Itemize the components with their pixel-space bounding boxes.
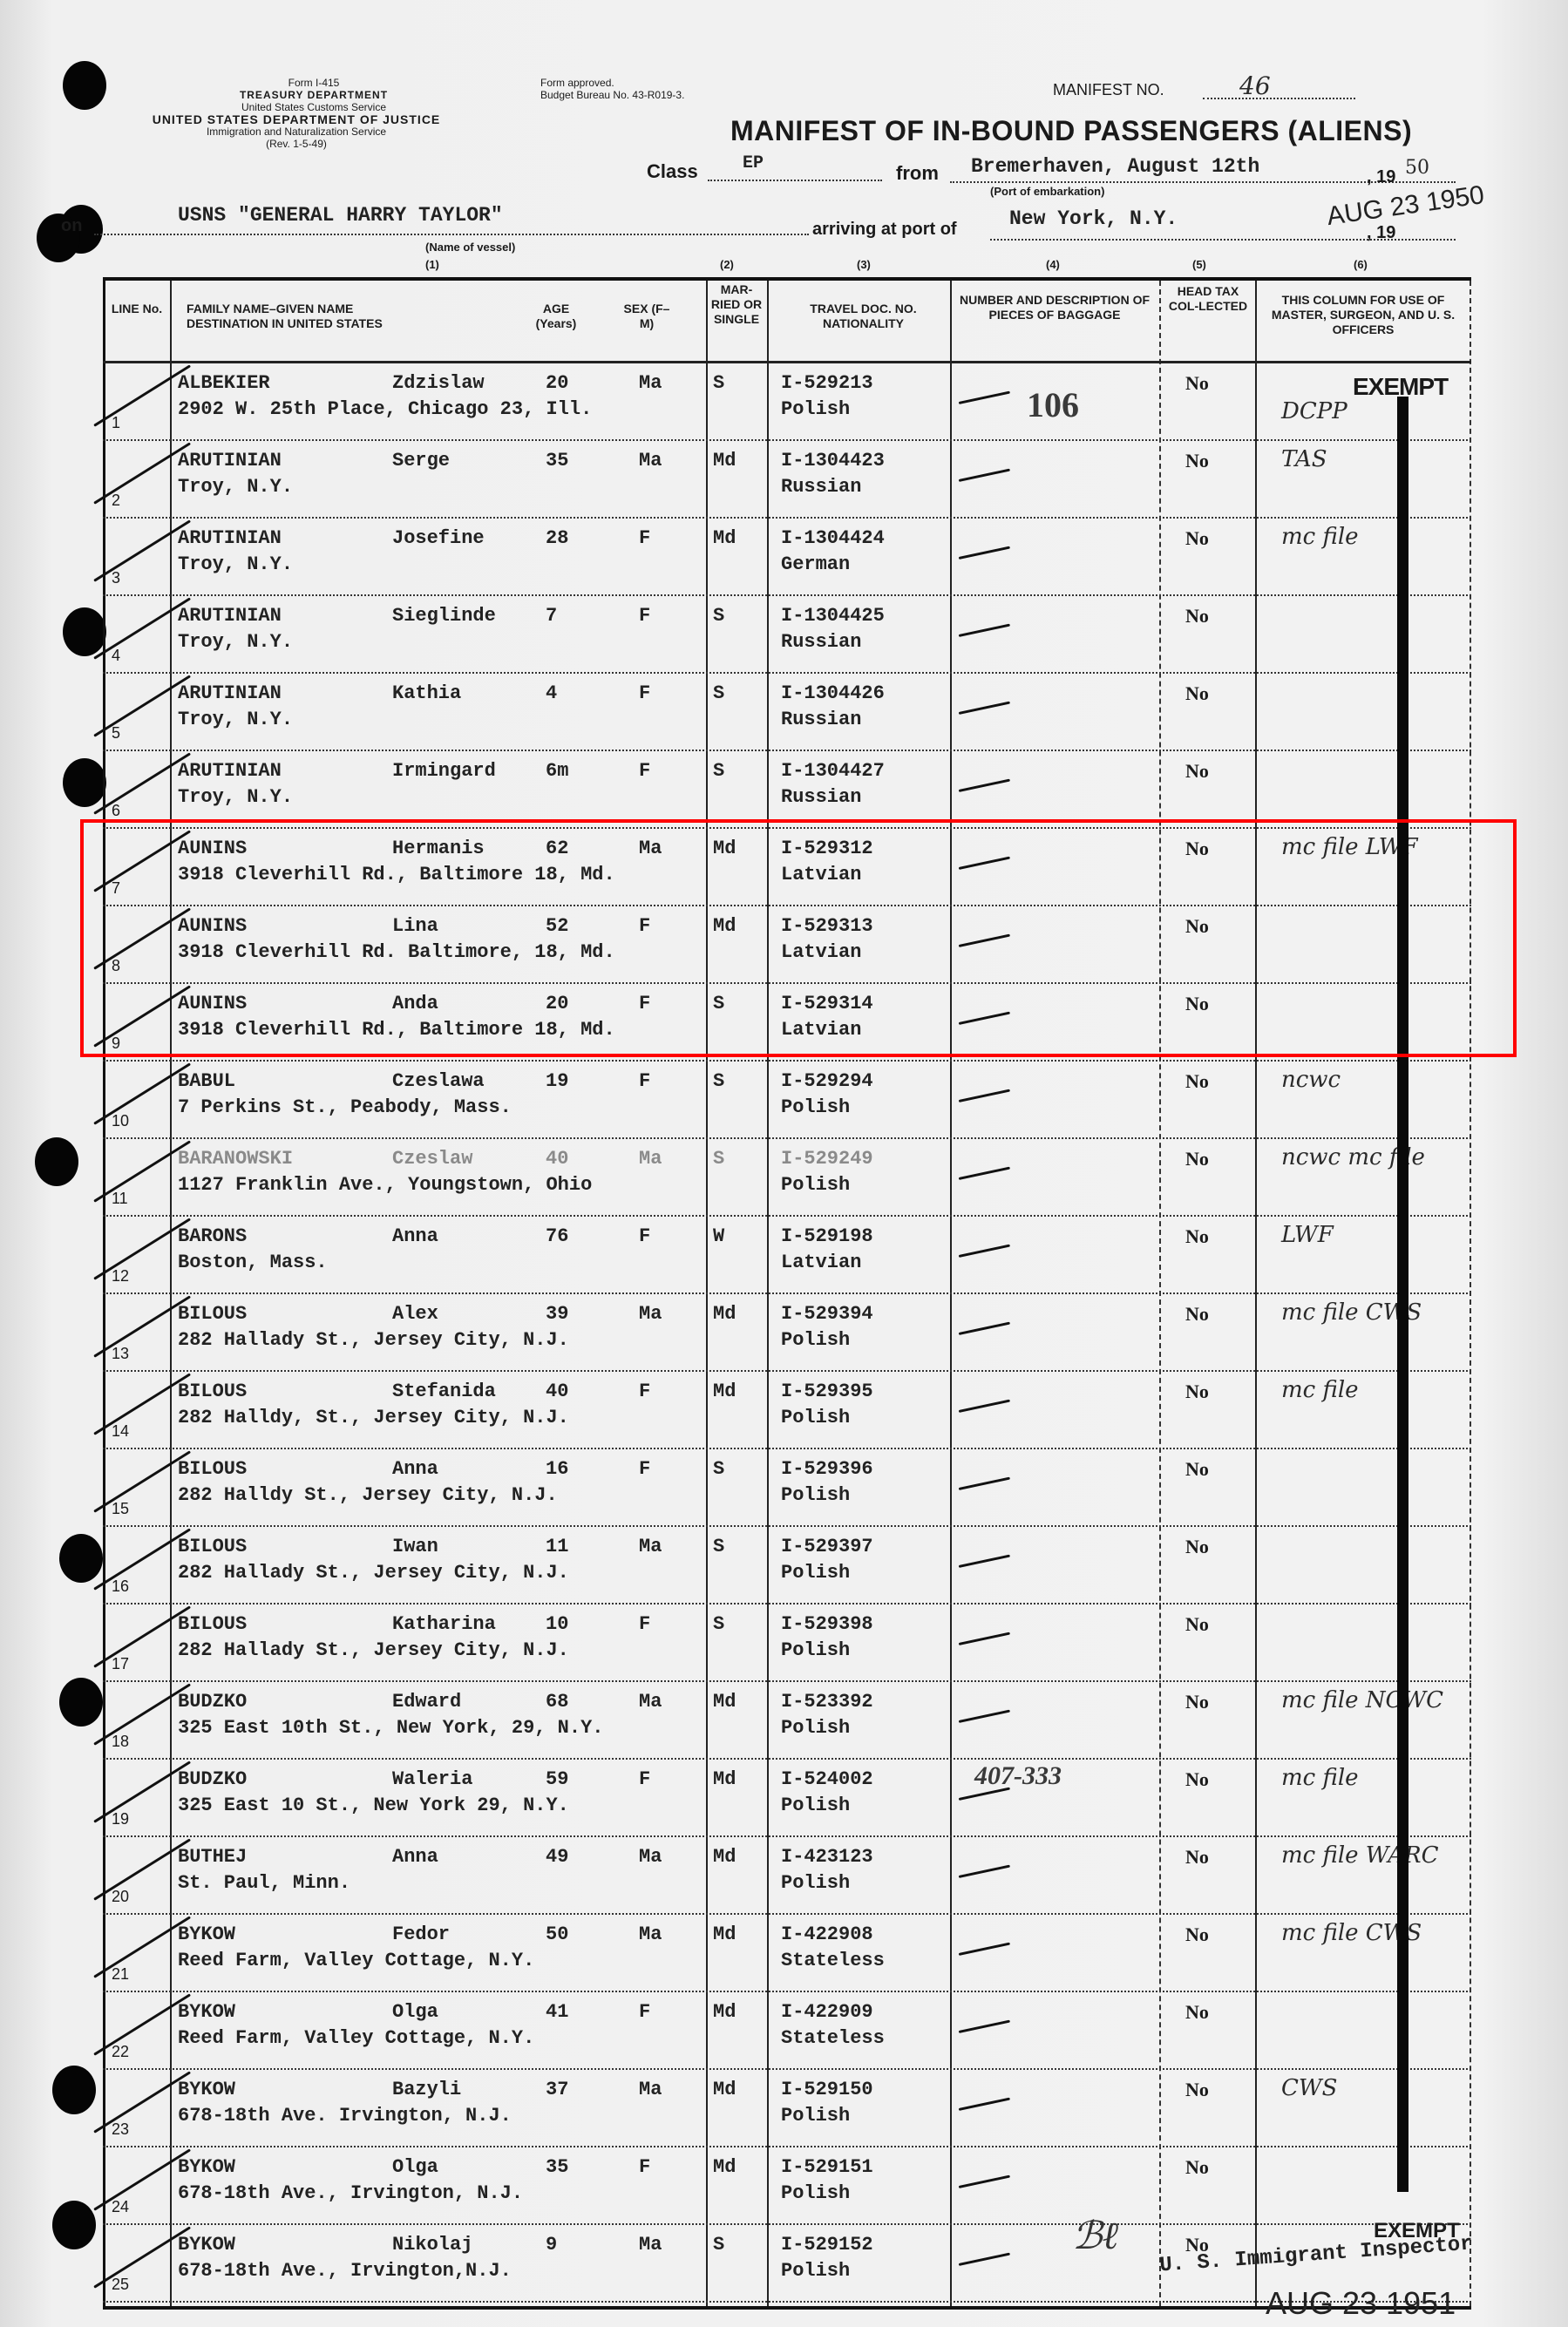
head-tax: No	[1185, 2079, 1209, 2101]
age: 76	[546, 1225, 568, 1247]
destination: 282 Hallady St., Jersey City, N.J.	[178, 1329, 569, 1351]
nationality: Stateless	[781, 1950, 885, 1971]
table-row: 23BYKOWBazyli37Ma678-18th Ave. Irvington…	[103, 2070, 1471, 2147]
baggage-tick	[959, 391, 1010, 404]
baggage-tick	[959, 1400, 1010, 1413]
nationality: Polish	[781, 2260, 850, 2282]
destination: 282 Hallady St., Jersey City, N.J.	[178, 1562, 569, 1584]
age: 41	[546, 2001, 568, 2023]
travel-doc-number: I-529394	[781, 1303, 873, 1325]
passenger-table: LINE No. FAMILY NAME–GIVEN NAME DESTINAT…	[103, 277, 1471, 2310]
given-name: Zdzislaw	[392, 372, 485, 394]
year-prefix: , 19	[1367, 167, 1395, 187]
head-tax: No	[1185, 1225, 1209, 1248]
check-mark	[93, 675, 191, 736]
line-number: 10	[112, 1112, 129, 1130]
baggage-tick	[959, 1943, 1010, 1956]
baggage-tick	[959, 1167, 1010, 1180]
destination: Troy, N.Y.	[178, 476, 293, 498]
given-name: Alex	[392, 1303, 438, 1325]
officer-notes: mc file	[1281, 524, 1359, 550]
destination: 2902 W. 25th Place, Chicago 23, Ill.	[178, 398, 592, 420]
family-name: ARUTINIAN	[178, 605, 282, 627]
col-num-3: (3)	[857, 258, 871, 271]
line-number: 16	[112, 1577, 129, 1596]
travel-doc-number: I-529152	[781, 2234, 873, 2256]
baggage-tick	[959, 2098, 1010, 2111]
destination: Troy, N.Y.	[178, 709, 293, 730]
age: 7	[546, 605, 557, 627]
given-name: Iwan	[392, 1536, 438, 1557]
check-mark	[93, 1838, 191, 1900]
check-mark	[93, 752, 191, 814]
travel-doc-number: I-422908	[781, 1923, 873, 1945]
officer-notes: mc file WARC	[1281, 1842, 1438, 1869]
marital-status: S	[713, 1536, 724, 1557]
ink-bar	[1397, 397, 1408, 2192]
line-number: 21	[112, 1965, 129, 1984]
given-name: Irmingard	[392, 760, 496, 782]
line-number: 12	[112, 1267, 129, 1286]
nationality: Polish	[781, 1484, 850, 1506]
check-mark	[93, 1993, 191, 2055]
given-name: Anna	[392, 1846, 438, 1868]
table-row: 5ARUTINIANKathia4FTroy, N.Y.SI-1304426Ru…	[103, 674, 1471, 751]
age: 20	[546, 372, 568, 394]
head-tax: No	[1185, 1148, 1209, 1170]
line-number: 25	[112, 2276, 129, 2294]
line-number: 2	[112, 492, 120, 510]
officer-notes: mc file	[1281, 1765, 1359, 1791]
nationality: Polish	[781, 398, 850, 420]
given-name: Olga	[392, 2001, 438, 2023]
marital-status: Md	[713, 450, 736, 472]
sex: Ma	[639, 1691, 662, 1713]
binder-hole	[59, 1534, 103, 1583]
given-name: Czeslaw	[392, 1148, 472, 1170]
baggage-tick	[959, 2175, 1010, 2188]
line-number: 14	[112, 1422, 129, 1441]
head-tax: No	[1185, 760, 1209, 783]
head-tax: No	[1185, 1381, 1209, 1403]
binder-hole	[52, 2201, 96, 2249]
vessel-caption: (Name of vessel)	[425, 241, 515, 254]
check-mark	[93, 1218, 191, 1279]
manifest-page: Form I-415 TREASURY DEPARTMENT United St…	[0, 0, 1568, 2327]
sex: F	[639, 1613, 650, 1635]
header-travel-doc: TRAVEL DOC. NO. NATIONALITY	[783, 302, 944, 331]
nationality: Polish	[781, 2105, 850, 2127]
destination: 1127 Franklin Ave., Youngstown, Ohio	[178, 1174, 592, 1196]
travel-doc-number: I-529395	[781, 1381, 873, 1402]
sex: F	[639, 682, 650, 704]
sex: F	[639, 1768, 650, 1790]
head-tax: No	[1185, 682, 1209, 705]
check-mark	[93, 519, 191, 581]
family-name: BARANOWSKI	[178, 1148, 293, 1170]
line-number: 23	[112, 2120, 129, 2139]
baggage-tick	[959, 1322, 1010, 1335]
vessel-name: USNS "GENERAL HARRY TAYLOR"	[178, 204, 503, 227]
treasury-dept: TREASURY DEPARTMENT	[122, 89, 506, 101]
baggage-tick	[959, 2253, 1010, 2266]
form-approved: Form approved.	[540, 77, 684, 89]
class-label: Class	[647, 160, 698, 183]
check-mark	[93, 597, 191, 659]
header-head-tax: HEAD TAX COL-LECTED	[1163, 284, 1253, 314]
destination: 282 Hallady St., Jersey City, N.J.	[178, 1639, 569, 1661]
age: 10	[546, 1613, 568, 1635]
officer-notes: mc file	[1281, 1377, 1359, 1403]
marital-status: Md	[713, 2079, 736, 2100]
family-name: BYKOW	[178, 1923, 235, 1945]
head-tax: No	[1185, 2156, 1209, 2179]
marital-status: Md	[713, 1923, 736, 1945]
age: 59	[546, 1768, 568, 1790]
col-num-6: (6)	[1354, 258, 1368, 271]
given-name: Sieglinde	[392, 605, 496, 627]
family-name: BILOUS	[178, 1458, 247, 1480]
table-row: 15BILOUSAnna16F282 Halldy St., Jersey Ci…	[103, 1449, 1471, 1527]
given-name: Nikolaj	[392, 2234, 472, 2256]
table-row: 1ALBEKIERZdzislaw20Ma2902 W. 25th Place,…	[103, 363, 1471, 441]
baggage-tick	[959, 1632, 1010, 1645]
nationality: Polish	[781, 1329, 850, 1351]
col-num-4: (4)	[1046, 258, 1060, 271]
arrival-port: New York, N.Y.	[1009, 207, 1178, 230]
line-number: 4	[112, 647, 120, 665]
age: 68	[546, 1691, 568, 1713]
travel-doc-number: I-529213	[781, 372, 873, 394]
travel-doc-number: I-422909	[781, 2001, 873, 2023]
check-mark	[93, 1761, 191, 1822]
baggage: 407-333	[974, 1761, 1062, 1791]
baggage-tick	[959, 1245, 1010, 1258]
head-tax: No	[1185, 605, 1209, 628]
page-title: MANIFEST OF IN-BOUND PASSENGERS (ALIENS)	[730, 115, 1412, 147]
destination: Troy, N.Y.	[178, 786, 293, 808]
destination: 282 Halldy, St., Jersey City, N.J.	[178, 1407, 569, 1428]
agency-block: Form I-415 TREASURY DEPARTMENT United St…	[87, 77, 506, 150]
line-number: 5	[112, 724, 120, 743]
age: 9	[546, 2234, 557, 2256]
sex: F	[639, 605, 650, 627]
sex: Ma	[639, 1536, 662, 1557]
marital-status: Md	[713, 2001, 736, 2023]
table-row: 22BYKOWOlga41FReed Farm, Valley Cottage,…	[103, 1992, 1471, 2070]
destination: 678-18th Ave., Irvington, N.J.	[178, 2182, 523, 2204]
line-number: 3	[112, 569, 120, 587]
age: 28	[546, 527, 568, 549]
on-label: on	[61, 216, 82, 236]
family-name: ARUTINIAN	[178, 450, 282, 472]
port-caption: (Port of embarkation)	[990, 185, 1104, 198]
vessel-field	[94, 234, 809, 235]
check-mark	[93, 442, 191, 504]
marital-status: Md	[713, 1691, 736, 1713]
travel-doc-number: I-1304424	[781, 527, 885, 549]
age: 40	[546, 1381, 568, 1402]
binder-hole	[52, 2066, 96, 2114]
col-num-2: (2)	[720, 258, 734, 271]
head-tax: No	[1185, 372, 1209, 395]
age: 35	[546, 450, 568, 472]
line-number: 18	[112, 1733, 129, 1751]
highlight-box	[80, 819, 1517, 1057]
travel-doc-number: I-529294	[781, 1070, 873, 1092]
check-mark	[93, 1140, 191, 1202]
table-row: 3ARUTINIANJosefine28FTroy, N.Y.MdI-13044…	[103, 519, 1471, 596]
check-mark	[93, 1450, 191, 1512]
class-value: EP	[743, 153, 764, 173]
age: 49	[546, 1846, 568, 1868]
sex: Ma	[639, 372, 662, 394]
destination: 282 Halldy St., Jersey City, N.J.	[178, 1484, 558, 1506]
header-sex: SEX (F–M)	[622, 302, 671, 331]
officer-notes: LWF	[1281, 1222, 1334, 1248]
line-number: 1	[112, 414, 120, 432]
embarkation-port: Bremerhaven, August 12th	[971, 155, 1259, 178]
family-name: BYKOW	[178, 2079, 235, 2100]
line-number: 11	[112, 1190, 128, 1208]
check-mark	[93, 364, 191, 426]
given-name: Katharina	[392, 1613, 496, 1635]
family-name: ALBEKIER	[178, 372, 270, 394]
header-baggage: NUMBER AND DESCRIPTION OF PIECES OF BAGG…	[954, 293, 1156, 322]
nationality: Stateless	[781, 2027, 885, 2049]
sex: F	[639, 527, 650, 549]
header-age: AGE (Years)	[530, 302, 582, 331]
given-name: Kathia	[392, 682, 461, 704]
family-name: BILOUS	[178, 1536, 247, 1557]
manifest-no-field	[1203, 98, 1355, 99]
destination: Reed Farm, Valley Cottage, N.Y.	[178, 2027, 534, 2049]
family-name: BARONS	[178, 1225, 247, 1247]
given-name: Fedor	[392, 1923, 450, 1945]
line-number: 17	[112, 1655, 129, 1673]
family-name: BUDZKO	[178, 1768, 247, 1790]
nationality: German	[781, 553, 850, 575]
baggage: 106	[1027, 384, 1079, 425]
header-officers: THIS COLUMN FOR USE OF MASTER, SURGEON, …	[1259, 293, 1468, 337]
given-name: Waleria	[392, 1768, 472, 1790]
from-label: from	[896, 162, 939, 185]
header-line-no: LINE No.	[110, 302, 164, 316]
destination: 325 East 10 St., New York 29, N.Y.	[178, 1794, 569, 1816]
head-tax: No	[1185, 1691, 1209, 1713]
travel-doc-number: I-529198	[781, 1225, 873, 1247]
inspection-date-stamp: AUG 23 1951	[1266, 2285, 1456, 2322]
baggage-tick	[959, 1865, 1010, 1878]
class-field	[708, 180, 882, 181]
travel-doc-number: I-1304426	[781, 682, 885, 704]
marital-status: S	[713, 2234, 724, 2256]
binder-hole	[63, 758, 106, 807]
destination: 7 Perkins St., Peabody, Mass.	[178, 1096, 512, 1118]
age: 19	[546, 1070, 568, 1092]
head-tax: No	[1185, 1458, 1209, 1481]
table-row: 21BYKOWFedor50MaReed Farm, Valley Cottag…	[103, 1915, 1471, 1992]
approval-block: Form approved. Budget Bureau No. 43-R019…	[540, 77, 684, 101]
marital-status: Md	[713, 1846, 736, 1868]
nationality: Polish	[781, 2182, 850, 2204]
given-name: Bazyli	[392, 2079, 461, 2100]
nationality: Latvian	[781, 1252, 861, 1273]
header-name: FAMILY NAME–GIVEN NAME DESTINATION IN UN…	[187, 302, 431, 331]
nationality: Polish	[781, 1639, 850, 1661]
nationality: Russian	[781, 631, 861, 653]
family-name: BUDZKO	[178, 1691, 247, 1713]
nationality: Polish	[781, 1794, 850, 1816]
line-number: 19	[112, 1810, 129, 1828]
ins-service: Immigration and Naturalization Service	[87, 126, 506, 138]
line-number: 15	[112, 1500, 129, 1518]
head-tax: No	[1185, 1303, 1209, 1326]
sex: Ma	[639, 1148, 662, 1170]
destination: Troy, N.Y.	[178, 553, 293, 575]
given-name: Anna	[392, 1458, 438, 1480]
header-married: MAR-RIED OR SINGLE	[708, 282, 765, 327]
nationality: Russian	[781, 786, 861, 808]
officer-notes: CWS	[1281, 2075, 1337, 2101]
marital-status: S	[713, 1613, 724, 1635]
family-name: BILOUS	[178, 1381, 247, 1402]
marital-status: Md	[713, 527, 736, 549]
marital-status: W	[713, 1225, 724, 1247]
sex: Ma	[639, 2234, 662, 2256]
head-tax: No	[1185, 527, 1209, 550]
form-number: Form I-415	[122, 77, 506, 89]
travel-doc-number: I-1304425	[781, 605, 885, 627]
year-value: 50	[1405, 157, 1429, 179]
officer-notes: DCPP	[1281, 398, 1347, 424]
age: 4	[546, 682, 557, 704]
travel-doc-number: I-1304423	[781, 450, 885, 472]
age: 50	[546, 1923, 568, 1945]
given-name: Stefanida	[392, 1381, 496, 1402]
marital-status: S	[713, 1070, 724, 1092]
check-mark	[93, 2148, 191, 2210]
travel-doc-number: I-1304427	[781, 760, 885, 782]
line-number: 6	[112, 802, 120, 820]
sex: Ma	[639, 2079, 662, 2100]
check-mark	[93, 2226, 191, 2288]
customs-service: United States Customs Service	[122, 101, 506, 113]
baggage-tick	[959, 1555, 1010, 1568]
exempt-stamp-bottom: EXEMPT	[1374, 2219, 1460, 2243]
manifest-no-value: 46	[1239, 71, 1271, 100]
budget-bureau: Budget Bureau No. 43-R019-3.	[540, 89, 684, 101]
family-name: BILOUS	[178, 1613, 247, 1635]
head-tax: No	[1185, 1613, 1209, 1636]
marital-status: S	[713, 682, 724, 704]
baggage-tick	[959, 624, 1010, 637]
destination: 678-18th Ave., Irvington,N.J.	[178, 2260, 512, 2282]
age: 6m	[546, 760, 568, 782]
baggage-tick	[959, 546, 1010, 560]
table-row: 2ARUTINIANSerge35MaTroy, N.Y.MdI-1304423…	[103, 441, 1471, 519]
table-row: 11BARANOWSKICzeslaw40Ma1127 Franklin Ave…	[103, 1139, 1471, 1217]
travel-doc-number: I-524002	[781, 1768, 873, 1790]
check-mark	[93, 1605, 191, 1667]
marital-status: S	[713, 372, 724, 394]
baggage-tick	[959, 1089, 1010, 1102]
sex: F	[639, 1381, 650, 1402]
marital-status: S	[713, 605, 724, 627]
marital-status: S	[713, 760, 724, 782]
travel-doc-number: I-529396	[781, 1458, 873, 1480]
sex: Ma	[639, 450, 662, 472]
sex: F	[639, 1458, 650, 1480]
table-row: 12BARONSAnna76FBoston, Mass.WI-529198Lat…	[103, 1217, 1471, 1294]
sex: F	[639, 1225, 650, 1247]
table-row: 4ARUTINIANSieglinde7FTroy, N.Y.SI-130442…	[103, 596, 1471, 674]
check-mark	[93, 1683, 191, 1745]
marital-status: Md	[713, 2156, 736, 2178]
age: 37	[546, 2079, 568, 2100]
destination: Boston, Mass.	[178, 1252, 328, 1273]
sex: F	[639, 760, 650, 782]
given-name: Edward	[392, 1691, 461, 1713]
head-tax: No	[1185, 2001, 1209, 2024]
table-row: 17BILOUSKatharina10F282 Hallady St., Jer…	[103, 1604, 1471, 1682]
table-row: 6ARUTINIANIrmingard6mFTroy, N.Y.SI-13044…	[103, 751, 1471, 829]
marital-status: S	[713, 1148, 724, 1170]
nationality: Russian	[781, 476, 861, 498]
exempt-stamp: EXEMPT	[1353, 373, 1448, 401]
binder-hole	[35, 1137, 78, 1186]
arrival-date-stamp: AUG 23 1950	[1325, 180, 1486, 232]
justice-dept: UNITED STATES DEPARTMENT OF JUSTICE	[87, 113, 506, 126]
travel-doc-number: I-529398	[781, 1613, 873, 1635]
line-number: 24	[112, 2198, 129, 2216]
table-row: 16BILOUSIwan11Ma282 Hallady St., Jersey …	[103, 1527, 1471, 1604]
check-mark	[93, 2071, 191, 2133]
destination: St. Paul, Minn.	[178, 1872, 350, 1894]
head-tax: No	[1185, 1768, 1209, 1791]
nationality: Polish	[781, 1096, 850, 1118]
baggage-tick	[959, 469, 1010, 482]
given-name: Serge	[392, 450, 450, 472]
table-row: 20BUTHEJAnna49MaSt. Paul, Minn.MdI-42312…	[103, 1837, 1471, 1915]
nationality: Polish	[781, 1174, 850, 1196]
family-name: BYKOW	[178, 2001, 235, 2023]
binder-hole	[63, 607, 106, 656]
check-mark	[93, 1916, 191, 1978]
destination: Reed Farm, Valley Cottage, N.Y.	[178, 1950, 534, 1971]
destination: 678-18th Ave. Irvington, N.J.	[178, 2105, 512, 2127]
baggage-tick	[959, 1710, 1010, 1723]
head-tax: No	[1185, 1070, 1209, 1093]
family-name: BYKOW	[178, 2156, 235, 2178]
family-name: BUTHEJ	[178, 1846, 247, 1868]
binder-hole	[59, 1678, 103, 1727]
line-number: 22	[112, 2043, 129, 2061]
sex: F	[639, 1070, 650, 1092]
head-tax: No	[1185, 1536, 1209, 1558]
officer-notes: TAS	[1281, 446, 1327, 472]
family-name: ARUTINIAN	[178, 527, 282, 549]
family-name: BILOUS	[178, 1303, 247, 1325]
marital-status: Md	[713, 1303, 736, 1325]
nationality: Polish	[781, 1872, 850, 1894]
given-name: Josefine	[392, 527, 485, 549]
destination: Troy, N.Y.	[178, 631, 293, 653]
sex: F	[639, 2156, 650, 2178]
line-number: 13	[112, 1345, 129, 1363]
baggage-tick	[959, 702, 1010, 715]
check-mark	[93, 1528, 191, 1590]
